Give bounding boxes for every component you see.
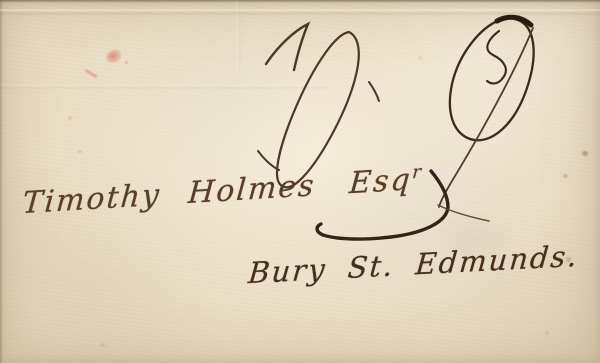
letter-photo: Timothy HolmesEsqr Bury St. Edmunds. [0,0,600,363]
rate-mark-10-ink [258,24,379,187]
honorific: Esqr [348,162,424,202]
honorific-superscript: r [411,162,423,184]
rate-mark-9-ink [317,17,534,239]
